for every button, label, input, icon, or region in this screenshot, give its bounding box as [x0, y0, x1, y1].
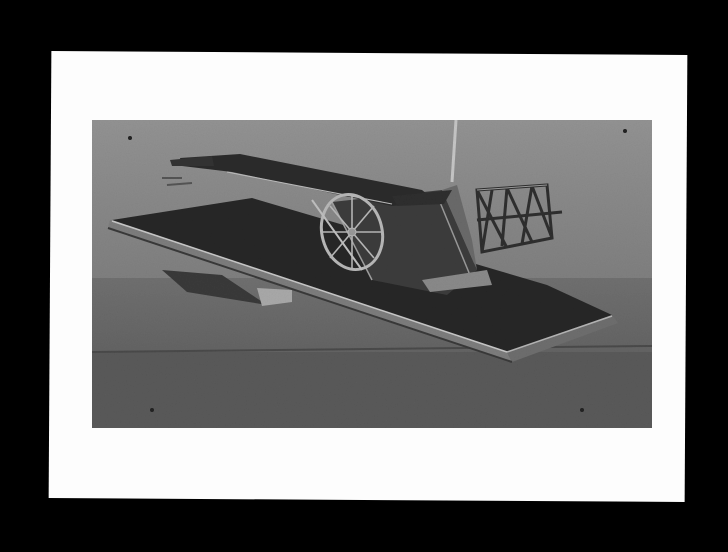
- photograph: [92, 120, 652, 428]
- photograph-scene: [92, 120, 652, 428]
